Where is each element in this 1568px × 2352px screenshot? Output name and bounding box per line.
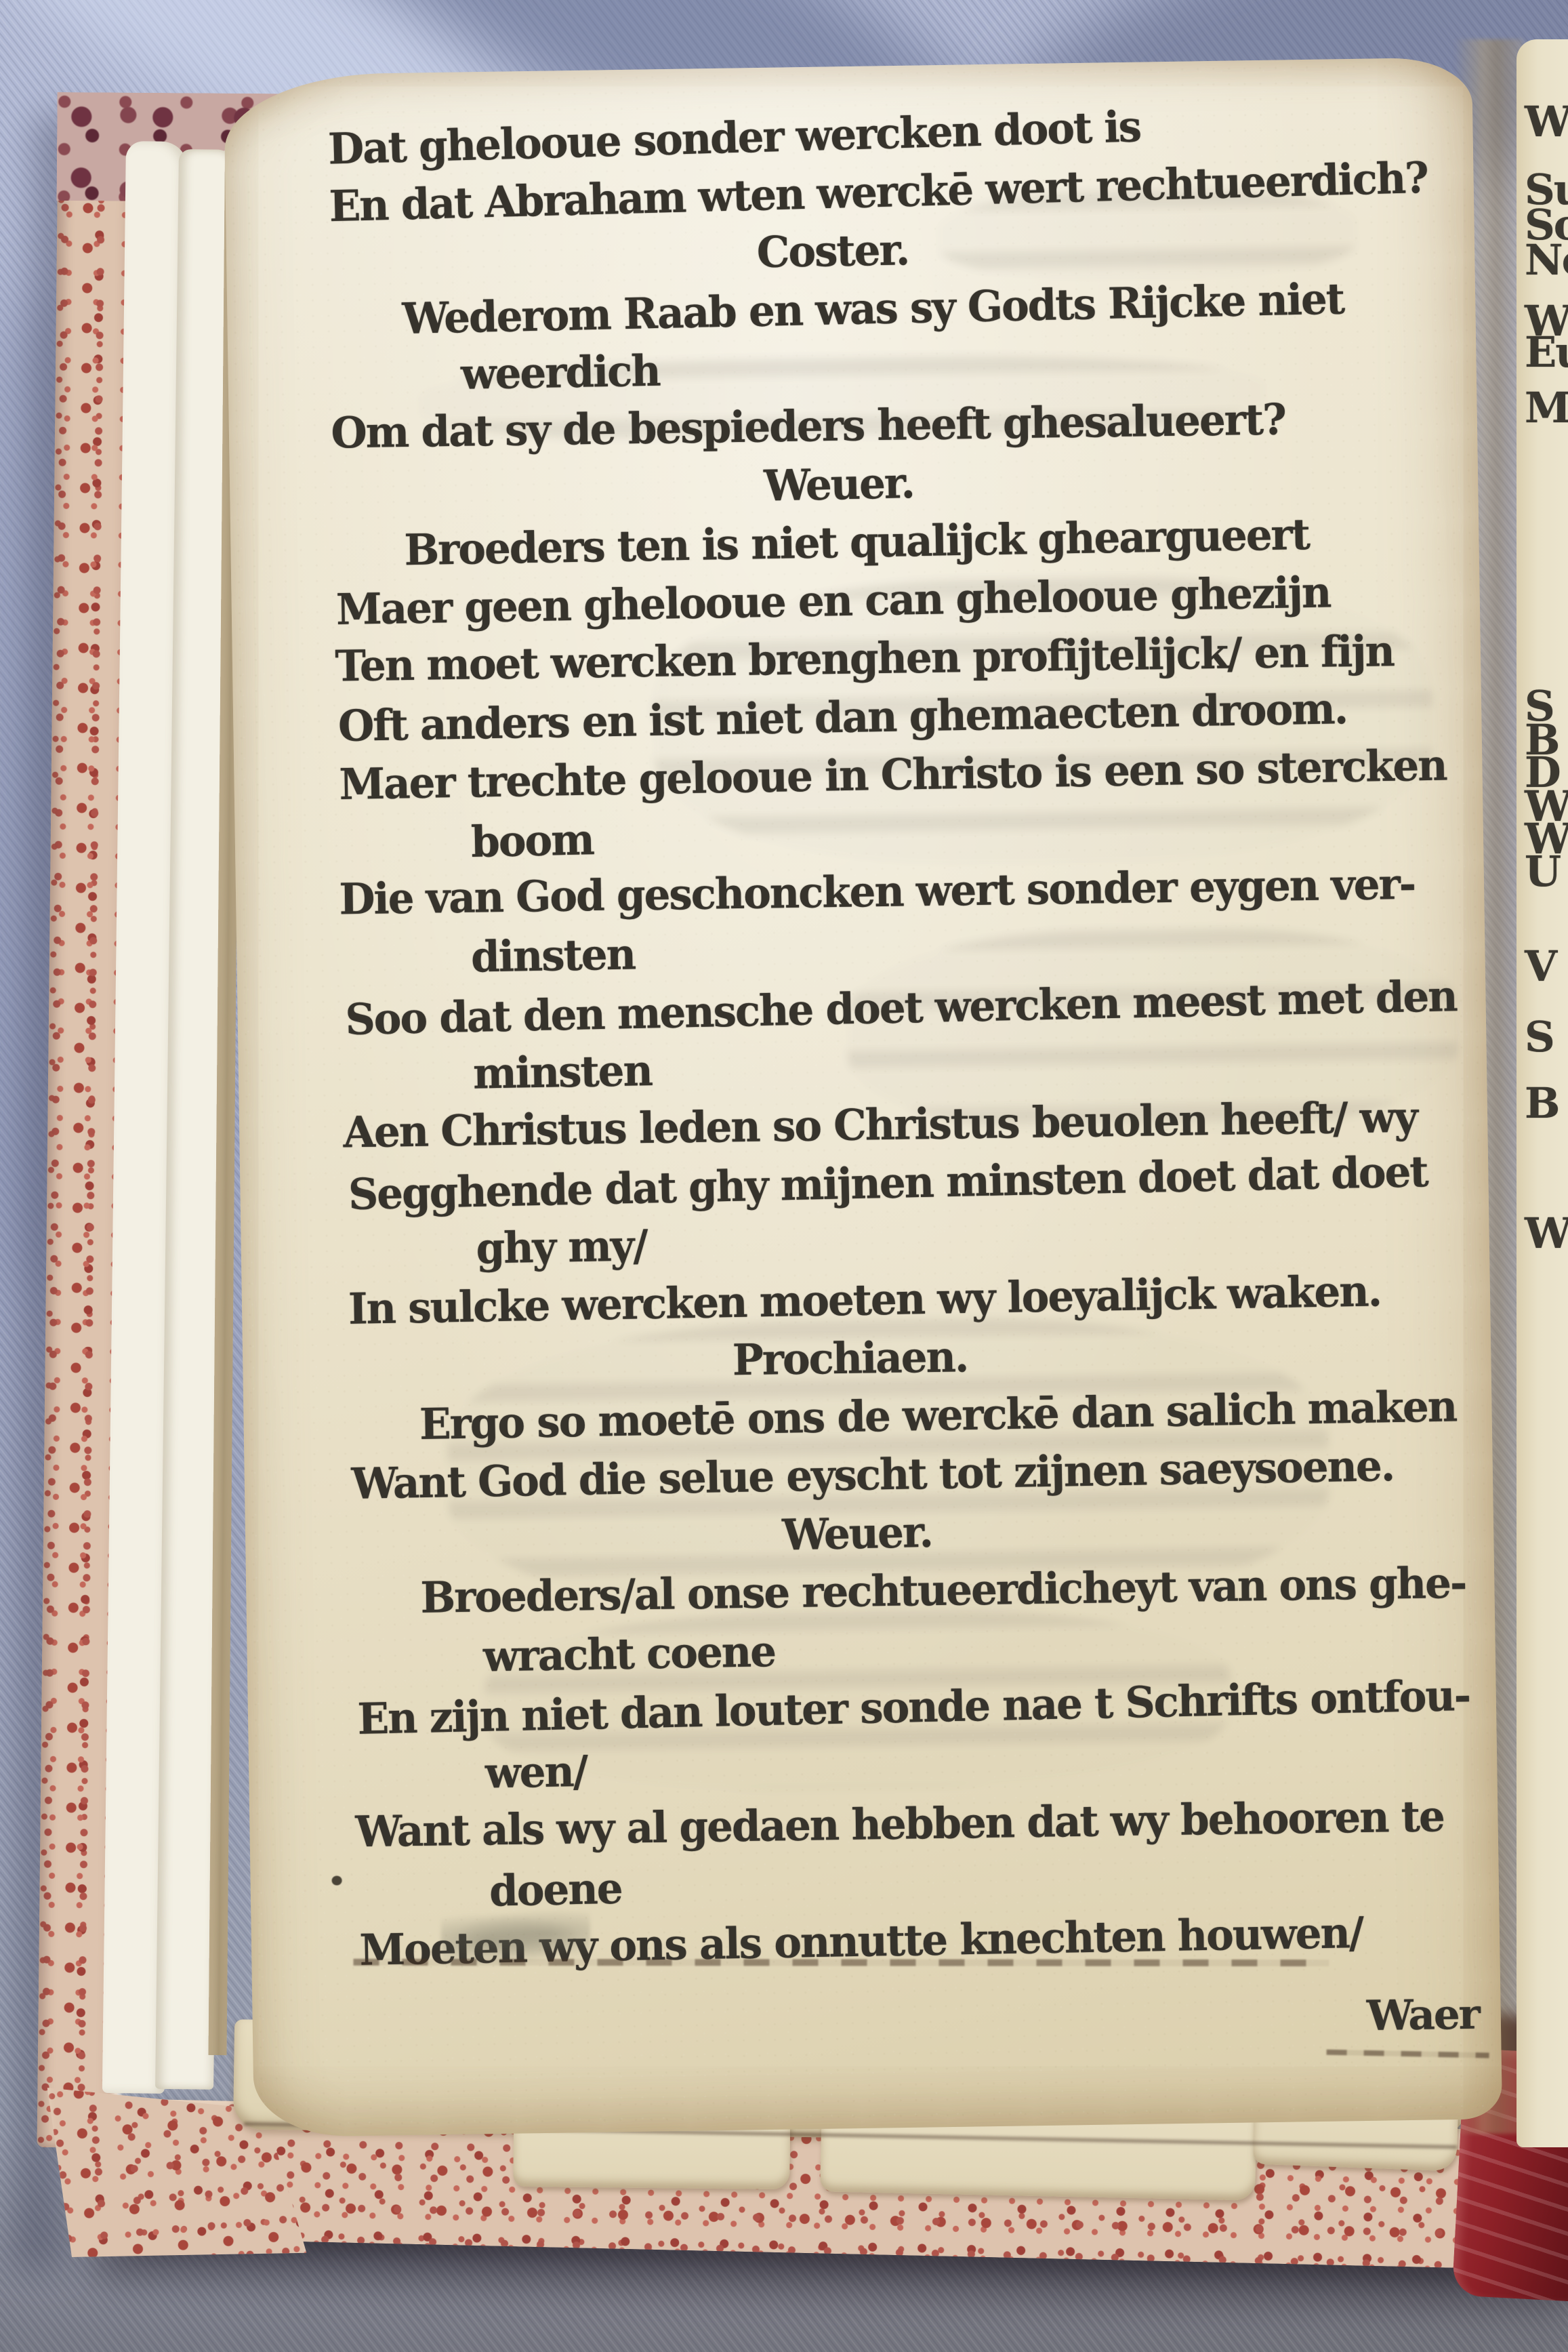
book-page: Dat ghelooue sonder wercken doot isEn da… — [224, 57, 1502, 2137]
truncated-letter-fragment: W — [1525, 1213, 1568, 1254]
truncated-letter-fragment: No — [1525, 240, 1568, 281]
facing-page-sliver: WSuSoNoWEuMSBDWWUVSBW — [1517, 39, 1568, 2147]
truncated-letter-fragment: B — [1525, 1083, 1568, 1124]
truncated-letter-fragment: U — [1525, 851, 1568, 892]
truncated-letter-fragment: W — [1525, 102, 1568, 142]
truncated-letter-fragment: V — [1525, 946, 1568, 987]
text-block: Dat ghelooue sonder wercken doot isEn da… — [327, 96, 1467, 1980]
truncated-letter-fragment: M — [1525, 388, 1568, 428]
catchword: Waer — [1367, 1990, 1480, 2040]
truncated-letter-fragment: S — [1525, 1017, 1568, 1057]
truncated-letter-fragment: Eu — [1525, 332, 1568, 373]
faded-stamp-mark — [440, 1909, 590, 1965]
